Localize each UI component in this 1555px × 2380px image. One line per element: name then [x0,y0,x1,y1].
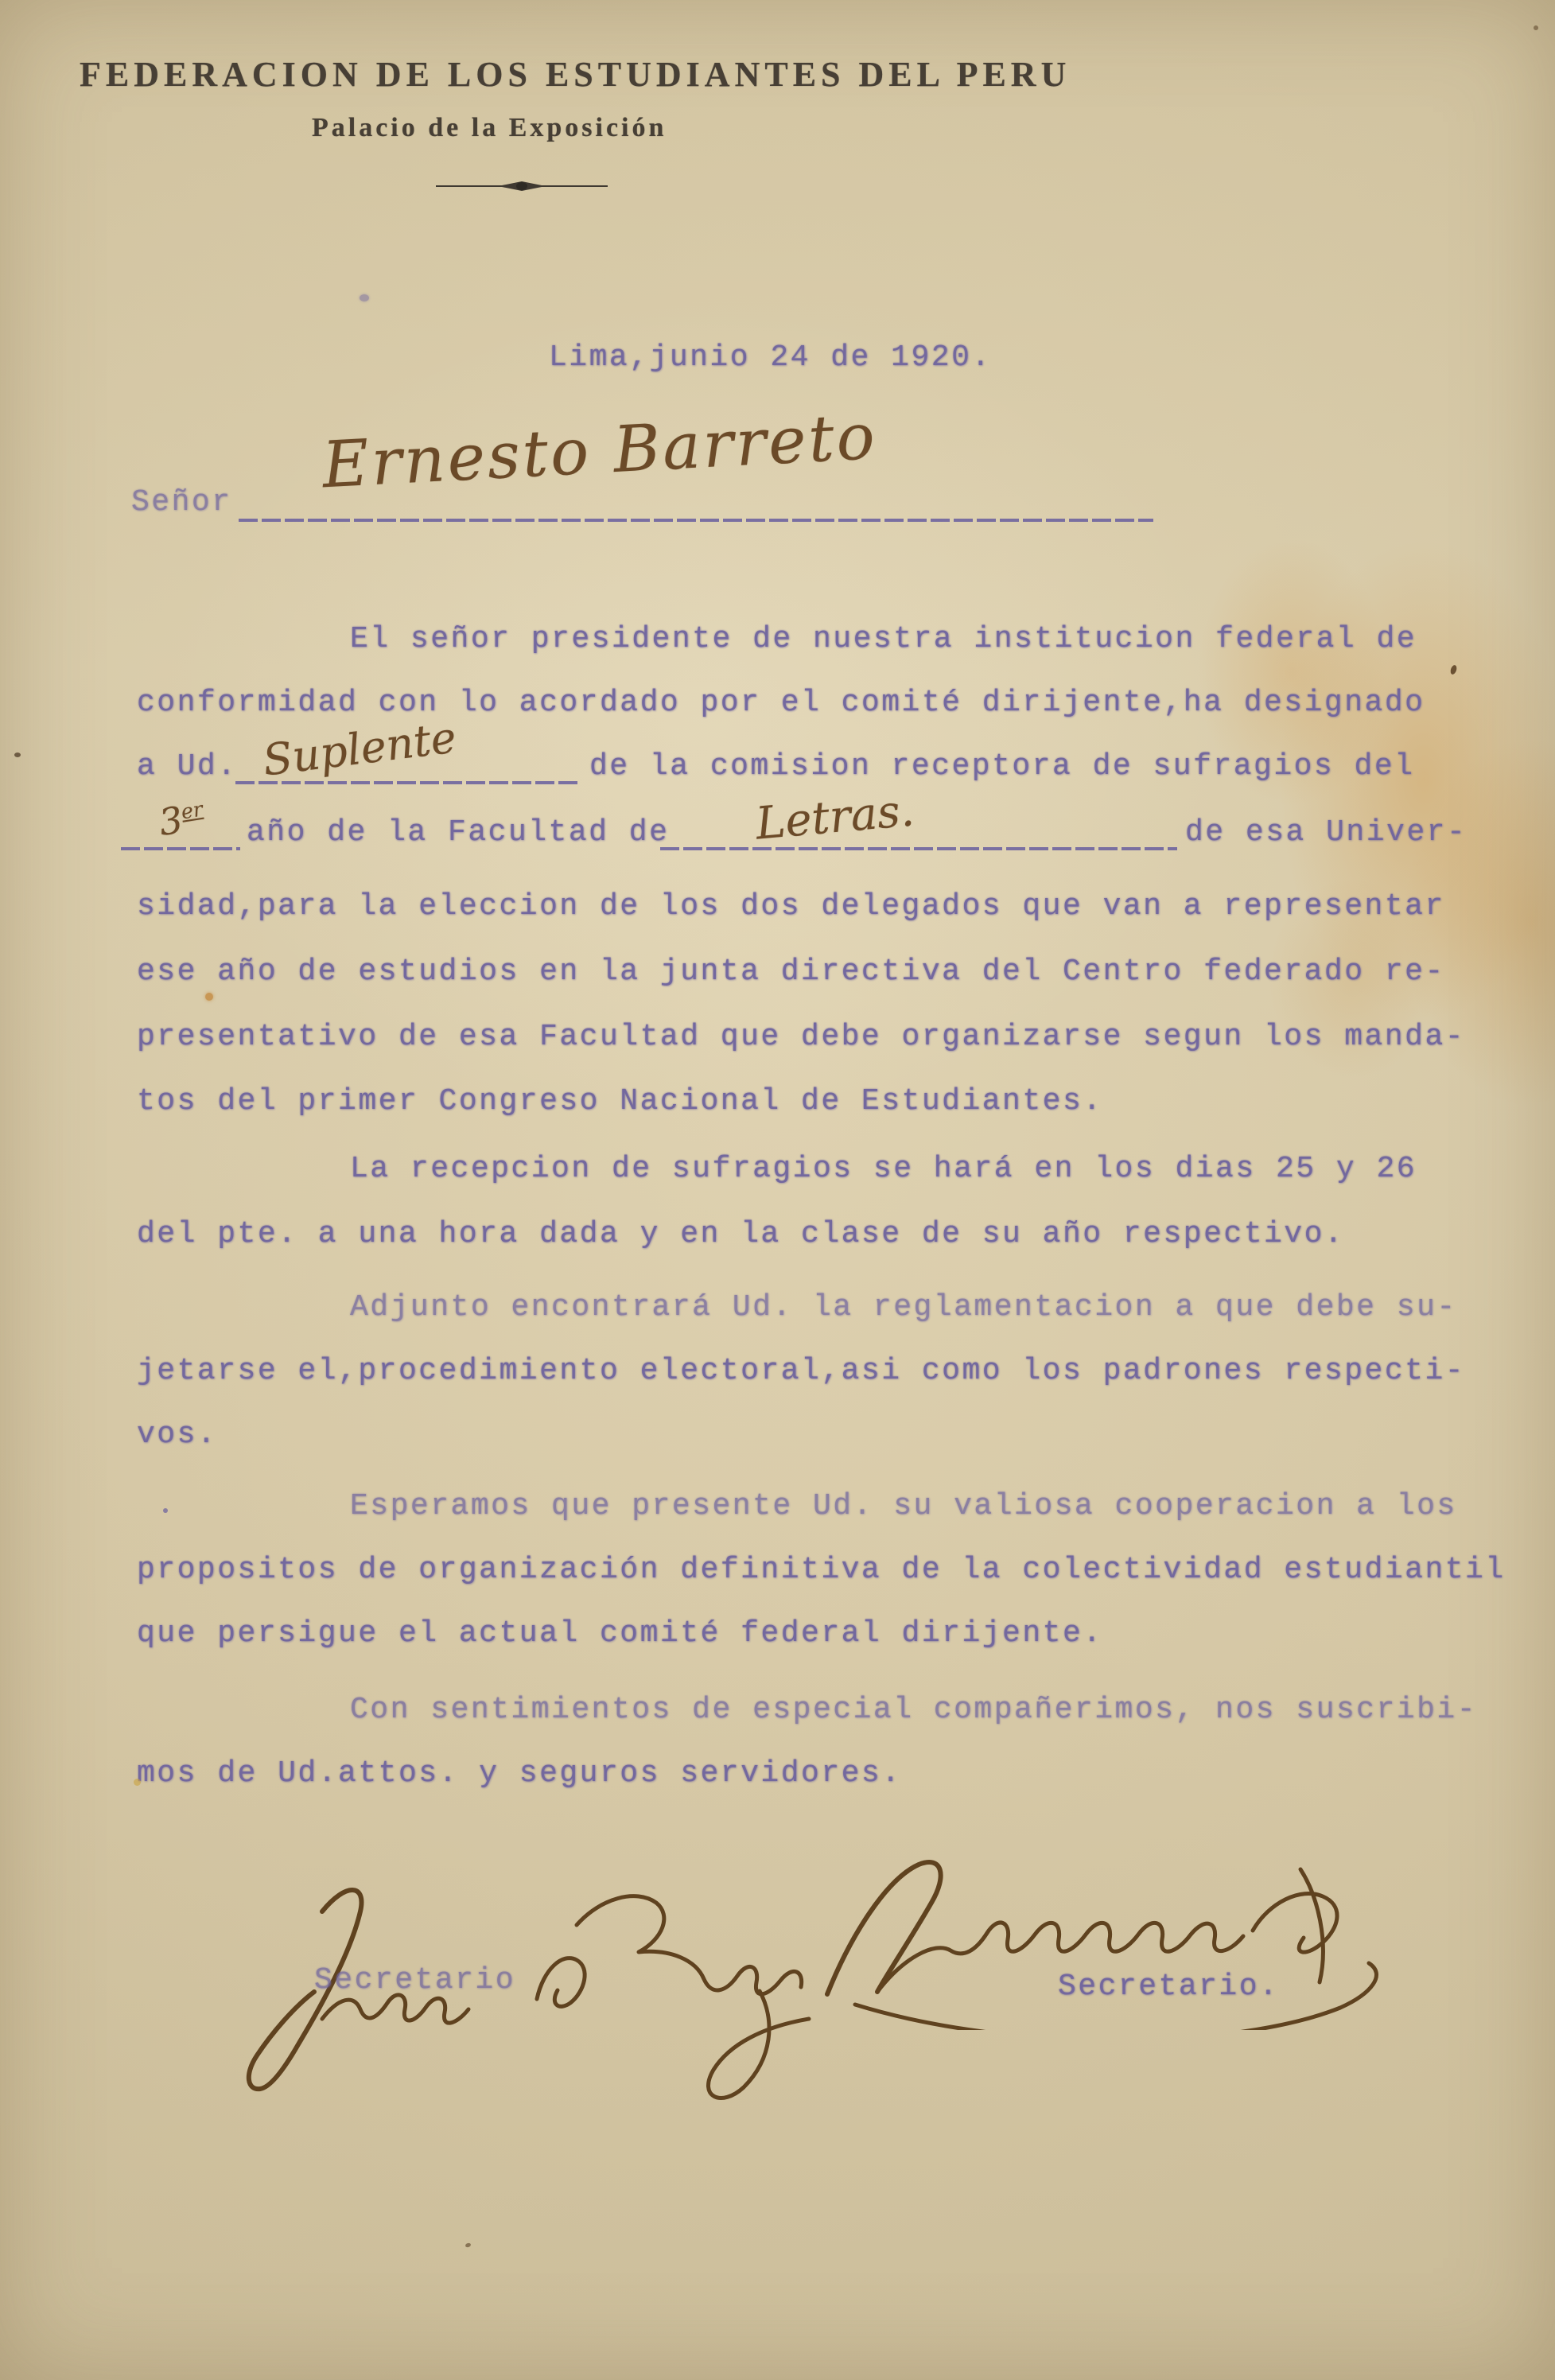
body-line: propositos de organización definitiva de… [137,1553,1506,1588]
ink-smudge [360,294,369,301]
body-line: Esperamos que presente Ud. su valiosa co… [350,1489,1457,1524]
ink-speck [465,2242,471,2248]
signature-right-title: Secretario. [1058,1970,1279,2005]
letterhead-address: Palacio de la Exposición [312,113,667,143]
recipient-name-handwritten: Ernesto Barreto [321,399,879,502]
body-line-segment: de la comision receptora de sufragios de… [589,749,1414,784]
foxing-spot [205,993,213,1001]
blank-underline [121,847,240,850]
body-line: del pte. a una hora dada y en la clase d… [137,1217,1344,1252]
blank-underline [660,847,1177,850]
salutation-label: Señor [131,485,232,520]
ink-speck [1449,664,1457,675]
handwritten-fill-faculty: Letras. [754,784,916,850]
body-line: Adjunto encontrará Ud. la reglamentacion… [350,1290,1457,1325]
body-line: El señor presidente de nuestra instituci… [350,622,1417,657]
body-line-with-blank: 3er año de la Facultad de Letras. de esa… [0,815,1555,850]
body-line: La recepcion de sufragios se hará en los… [350,1152,1417,1187]
body-line: mos de Ud.attos. y seguros servidores. [137,1756,902,1791]
handwritten-fill-role: Suplente [260,712,459,785]
letter-document: FEDERACION DE LOS ESTUDIANTES DEL PERU P… [0,0,1555,2380]
ink-speck [163,1508,168,1513]
body-line: tos del primer Congreso Nacional de Estu… [137,1084,1103,1119]
body-line: conformidad con lo acordado por el comit… [137,686,1425,721]
foxing-spot [134,1779,141,1786]
body-line: Con sentimientos de especial compañerimo… [350,1693,1477,1728]
ink-speck [14,752,21,757]
year-suffix: er [180,798,204,824]
body-line: que persigue el actual comité federal di… [137,1616,1103,1651]
letterhead-org: FEDERACION DE LOS ESTUDIANTES DEL PERU [80,54,1071,95]
body-line: ese año de estudios en la junta directiv… [137,955,1445,990]
ink-speck [1534,25,1538,30]
date-line: Lima,junio 24 de 1920. [549,340,992,375]
body-line-segment: a Ud. [137,749,238,784]
body-line: jetarse el,procedimiento electoral,asi c… [137,1354,1465,1389]
body-line-segment: año de la Facultad de [247,815,669,850]
body-line-with-blank: a Ud. Suplente de la comision receptora … [0,749,1555,784]
body-line: vos. [137,1417,217,1452]
signature-left [203,1836,871,2106]
signature-left-title: Secretario [314,1963,515,1998]
body-line-segment: de esa Univer- [1185,815,1467,850]
salutation-underline [239,519,1153,522]
ornament-divider-icon [436,178,608,194]
handwritten-fill-year: 3er [156,795,207,844]
body-line: presentativo de esa Facultad que debe or… [137,1020,1465,1055]
body-line: sidad,para la eleccion de los dos delega… [137,889,1445,924]
